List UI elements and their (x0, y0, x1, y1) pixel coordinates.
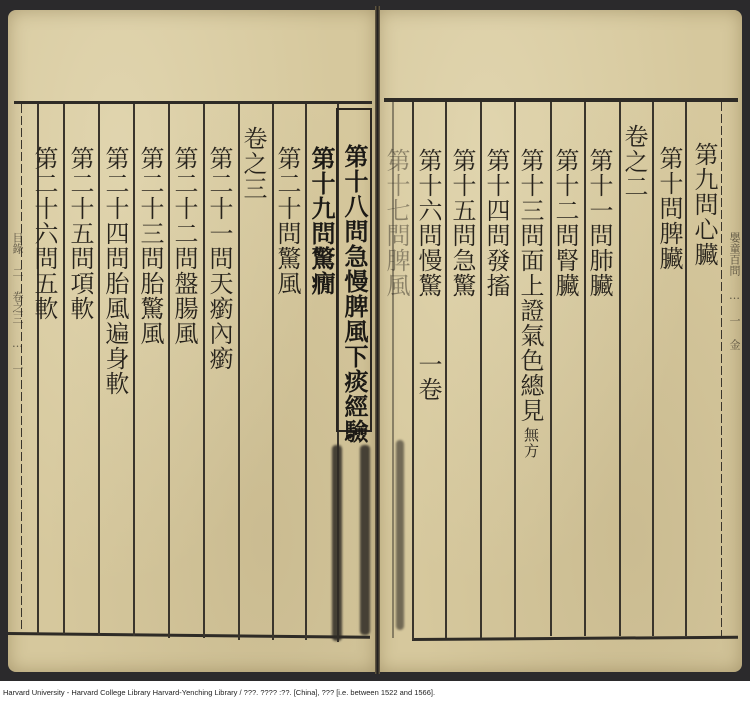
ink-smudge (332, 445, 342, 641)
image-caption: Harvard University - Harvard College Lib… (0, 685, 750, 701)
left-column-3: 第二十問驚風 (273, 146, 301, 296)
left-page-top-border (14, 101, 372, 104)
ink-smudge (360, 445, 370, 635)
right-column-4: 第十一問肺臟 (585, 148, 613, 298)
right-column-9: 第十六問慢驚 (414, 148, 442, 298)
ink-smudge (396, 440, 404, 630)
right-column-5: 第十二問腎臟 (551, 148, 579, 298)
column-rule (133, 104, 135, 636)
column-rule (685, 102, 687, 636)
left-column-9: 第二十五問項軟 (66, 146, 94, 321)
right-column-7: 第十四問發搐 (482, 148, 510, 298)
book-fold (375, 6, 380, 674)
column-rule (98, 104, 100, 636)
right-column-2: 第十問脾臟 (655, 146, 683, 271)
column-rule (652, 102, 654, 636)
right-column-6-note: 無方 (522, 427, 540, 459)
right-column-8: 第十五問急驚 (448, 148, 476, 298)
left-column-7: 第二十三問胎驚風 (136, 146, 164, 346)
right-column-6: 第十三問面上證氣色總見 (516, 148, 544, 423)
column-rule (63, 104, 65, 634)
right-page (378, 10, 742, 672)
right-column-1: 第九問心臟 (690, 142, 718, 267)
scan-background: 嬰童百問 … 一 金 第九問心臟 第十問脾臟 卷之二 第十一問肺臟 第十二問腎臟… (0, 0, 750, 681)
left-column-5: 第二十一問天瘹內瘹 (205, 146, 233, 371)
right-column-3: 卷之二 (620, 124, 648, 199)
right-column-10: 第十七問脾風 (382, 148, 410, 298)
left-column-8: 第二十四問胎風遍身軟 (101, 146, 129, 396)
left-page-margin-label: 目錄 二 卷之三 … 一 (9, 232, 25, 374)
left-column-6: 第二十二問盤腸風 (170, 146, 198, 346)
left-column-2: 第十九問驚癇 (307, 146, 335, 296)
column-rule (445, 102, 447, 638)
left-column-4: 卷之三 (239, 126, 267, 201)
left-column-10: 第二十六問五軟 (30, 146, 58, 321)
column-rule (721, 102, 722, 636)
right-column-9-note: 一卷 (414, 352, 442, 402)
right-page-margin-label: 嬰童百問 … 一 金 (726, 232, 742, 350)
left-column-1: 第十八問急慢脾風下痰經驗 (340, 144, 368, 444)
